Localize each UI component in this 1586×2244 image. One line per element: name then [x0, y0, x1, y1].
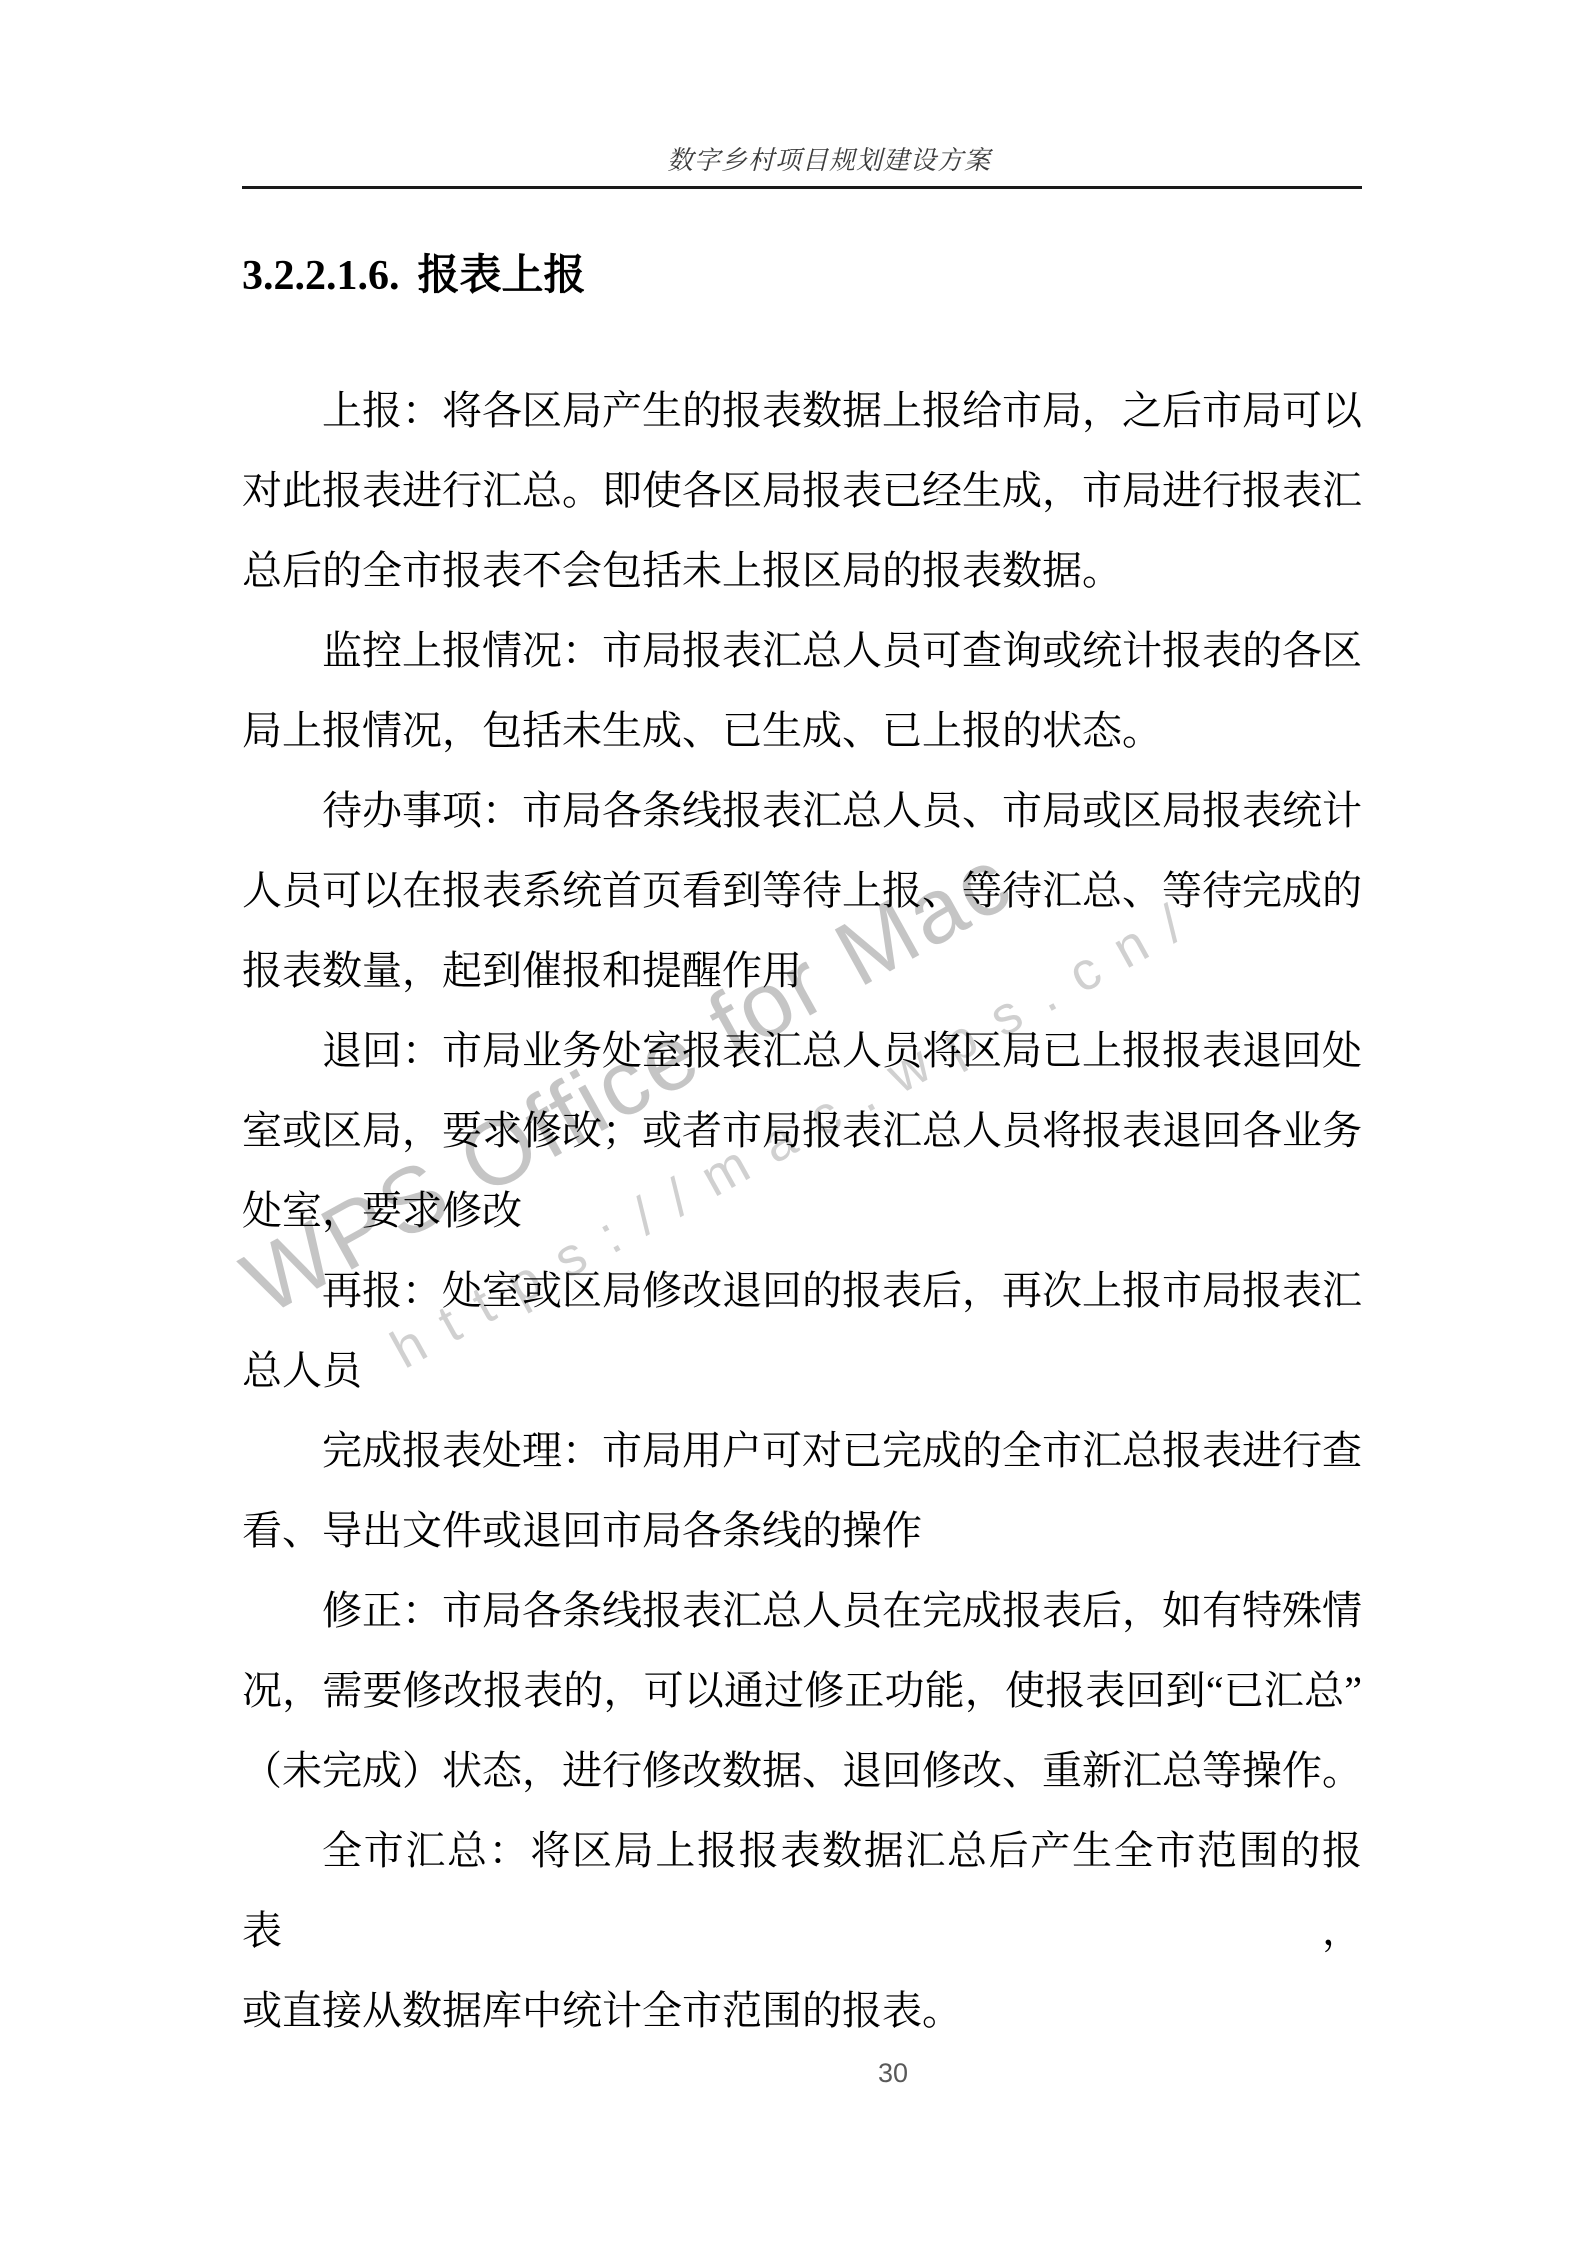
paragraph: 全市汇总：将区局上报报表数据汇总后产生全市范围的报表，或直接从数据库中统计全市范…	[242, 1811, 1362, 2051]
paragraph: 监控上报情况：市局报表汇总人员可查询或统计报表的各区局上报情况，包括未生成、已生…	[242, 611, 1362, 771]
body-line: 报表数量，起到催报和提醒作用	[242, 931, 1362, 1011]
body-line: 待办事项：市局各条线报表汇总人员、市局或区局报表统计	[242, 771, 1362, 851]
body-line: 室或区局，要求修改；或者市局报表汇总人员将报表退回各业务	[242, 1091, 1362, 1171]
body-line: 再报：处室或区局修改退回的报表后，再次上报市局报表汇	[242, 1251, 1362, 1331]
body-line: 上报：将各区局产生的报表数据上报给市局，之后市局可以	[242, 371, 1362, 451]
body-line: 或直接从数据库中统计全市范围的报表。	[242, 1971, 1362, 2051]
paragraph: 待办事项：市局各条线报表汇总人员、市局或区局报表统计人员可以在报表系统首页看到等…	[242, 771, 1362, 1011]
body-line: 监控上报情况：市局报表汇总人员可查询或统计报表的各区	[242, 611, 1362, 691]
body-line: 总后的全市报表不会包括未上报区局的报表数据。	[242, 531, 1362, 611]
document-header-title: 数字乡村项目规划建设方案	[242, 141, 1362, 181]
body-line: （未完成）状态，进行修改数据、退回修改、重新汇总等操作。	[242, 1731, 1362, 1811]
body-line: 完成报表处理：市局用户可对已完成的全市汇总报表进行查	[242, 1411, 1362, 1491]
paragraph: 退回：市局业务处室报表汇总人员将区局已上报报表退回处室或区局，要求修改；或者市局…	[242, 1011, 1362, 1251]
body-line: 况，需要修改报表的，可以通过修正功能，使报表回到“已汇总”	[242, 1651, 1362, 1731]
body-text: 上报：将各区局产生的报表数据上报给市局，之后市局可以对此报表进行汇总。即使各区局…	[242, 371, 1362, 2051]
body-line: 全市汇总：将区局上报报表数据汇总后产生全市范围的报表，	[242, 1811, 1362, 1971]
paragraph: 上报：将各区局产生的报表数据上报给市局，之后市局可以对此报表进行汇总。即使各区局…	[242, 371, 1362, 611]
section-heading: 3.2.2.1.6.报表上报	[242, 252, 586, 300]
section-heading-title: 报表上报	[418, 253, 586, 299]
paragraph: 修正：市局各条线报表汇总人员在完成报表后，如有特殊情况，需要修改报表的，可以通过…	[242, 1571, 1362, 1811]
body-line: 处室，要求修改	[242, 1171, 1362, 1251]
body-line: 对此报表进行汇总。即使各区局报表已经生成，市局进行报表汇	[242, 451, 1362, 531]
header-divider	[242, 186, 1362, 189]
section-heading-number: 3.2.2.1.6.	[242, 253, 400, 299]
body-line: 修正：市局各条线报表汇总人员在完成报表后，如有特殊情	[242, 1571, 1362, 1651]
document-page: { "document": { "header_title": "数字乡村项目规…	[0, 0, 1586, 2244]
body-line: 退回：市局业务处室报表汇总人员将区局已上报报表退回处	[242, 1011, 1362, 1091]
body-line: 局上报情况，包括未生成、已生成、已上报的状态。	[242, 691, 1362, 771]
body-line: 看、导出文件或退回市局各条线的操作	[242, 1491, 1362, 1571]
paragraph: 再报：处室或区局修改退回的报表后，再次上报市局报表汇总人员	[242, 1251, 1362, 1411]
body-line: 总人员	[242, 1331, 1362, 1411]
body-line: 人员可以在报表系统首页看到等待上报、等待汇总、等待完成的	[242, 851, 1362, 931]
page-number: 30	[878, 2058, 908, 2089]
paragraph: 完成报表处理：市局用户可对已完成的全市汇总报表进行查看、导出文件或退回市局各条线…	[242, 1411, 1362, 1571]
